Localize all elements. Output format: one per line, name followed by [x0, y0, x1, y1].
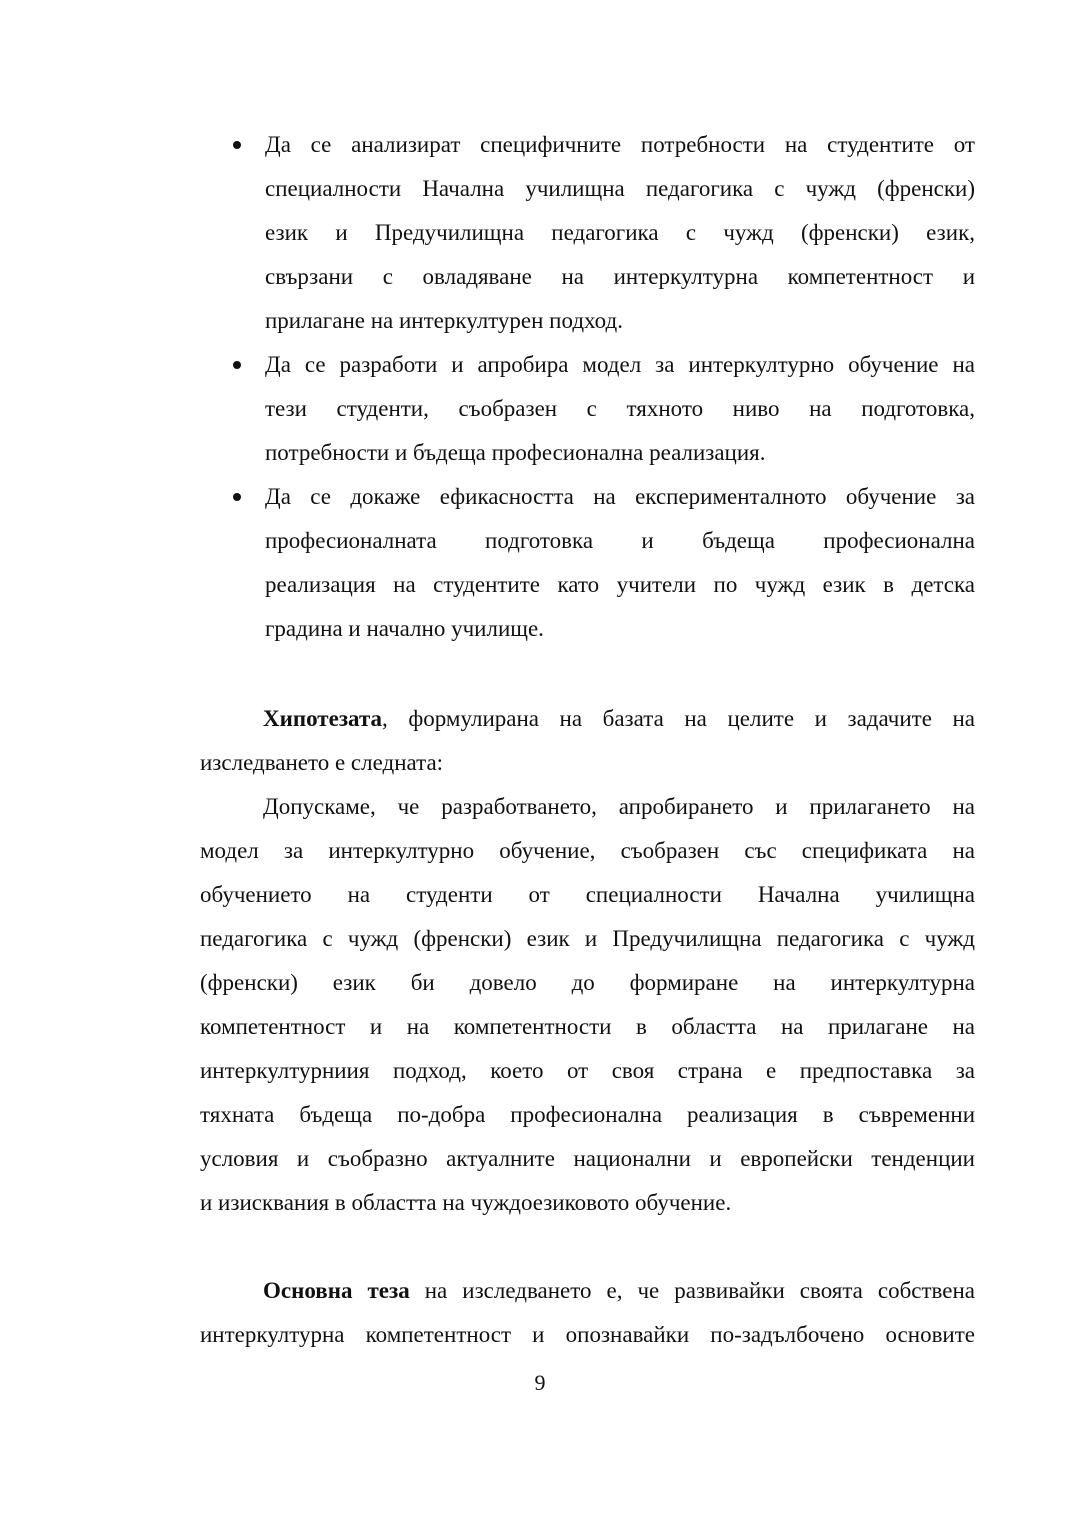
- bullet-icon: [233, 141, 241, 149]
- hypothesis-body-line: (френски) език би довело до формиране на…: [200, 968, 975, 998]
- page-number: 9: [0, 1368, 1080, 1398]
- hypothesis-body-line: педагогика с чужд (френски) език и Преду…: [200, 924, 975, 954]
- list-item-line: потребности и бъдеща професионална реали…: [265, 438, 975, 468]
- hypothesis-body-line: и изисквания в областта на чуждоезиковот…: [200, 1188, 975, 1218]
- hypothesis-term: Хипотезата: [263, 706, 382, 731]
- list-item-line: Да се разработи и апробира модел за инте…: [265, 350, 975, 380]
- list-item-line: Да се докаже ефикасността на експеримент…: [265, 482, 975, 512]
- bullet-icon: [233, 493, 241, 501]
- hypothesis-body-line: условия и съобразно актуалните националн…: [200, 1144, 975, 1174]
- main-thesis-line: Основна теза на изследването е, че разви…: [263, 1276, 975, 1306]
- list-item-line: реализация на студентите като учители по…: [265, 570, 975, 600]
- bullet-icon: [233, 361, 241, 369]
- hypothesis-intro-text: , формулирана на базата на целите и зада…: [382, 706, 975, 731]
- list-item-line: градина и начално училище.: [265, 614, 975, 644]
- main-thesis-term: Основна теза: [263, 1278, 410, 1303]
- hypothesis-body-line: обучението на студенти от специалности Н…: [200, 880, 975, 910]
- hypothesis-intro-line: Хипотезата, формулирана на базата на цел…: [263, 704, 975, 734]
- main-thesis-line-2: интеркултурна компетентност и опознавайк…: [200, 1320, 975, 1350]
- hypothesis-body-line: Допускаме, че разработването, апробиране…: [263, 792, 975, 822]
- hypothesis-intro-line-2: изследването е следната:: [200, 748, 975, 778]
- list-item-line: професионалната подготовка и бъдеща проф…: [265, 526, 975, 556]
- list-item-line: свързани с овладяване на интеркултурна к…: [265, 262, 975, 292]
- list-item-line: тези студенти, съобразен с тяхното ниво …: [265, 394, 975, 424]
- document-page: Да се анализират специфичните потребност…: [0, 0, 1080, 1527]
- list-item-line: Да се анализират специфичните потребност…: [265, 130, 975, 160]
- hypothesis-body-line: тяхната бъдеща по-добра професионална ре…: [200, 1100, 975, 1130]
- hypothesis-body-line: модел за интеркултурно обучение, съобраз…: [200, 836, 975, 866]
- main-thesis-text: на изследването е, че развивайки своята …: [410, 1278, 975, 1303]
- list-item-line: език и Предучилищна педагогика с чужд (ф…: [265, 218, 975, 248]
- hypothesis-body-line: интеркултурниия подход, което от своя ст…: [200, 1056, 975, 1086]
- list-item-line: специалности Начална училищна педагогика…: [265, 174, 975, 204]
- hypothesis-body-line: компетентност и на компетентности в обла…: [200, 1012, 975, 1042]
- list-item-line: прилагане на интеркултурен подход.: [265, 306, 975, 336]
